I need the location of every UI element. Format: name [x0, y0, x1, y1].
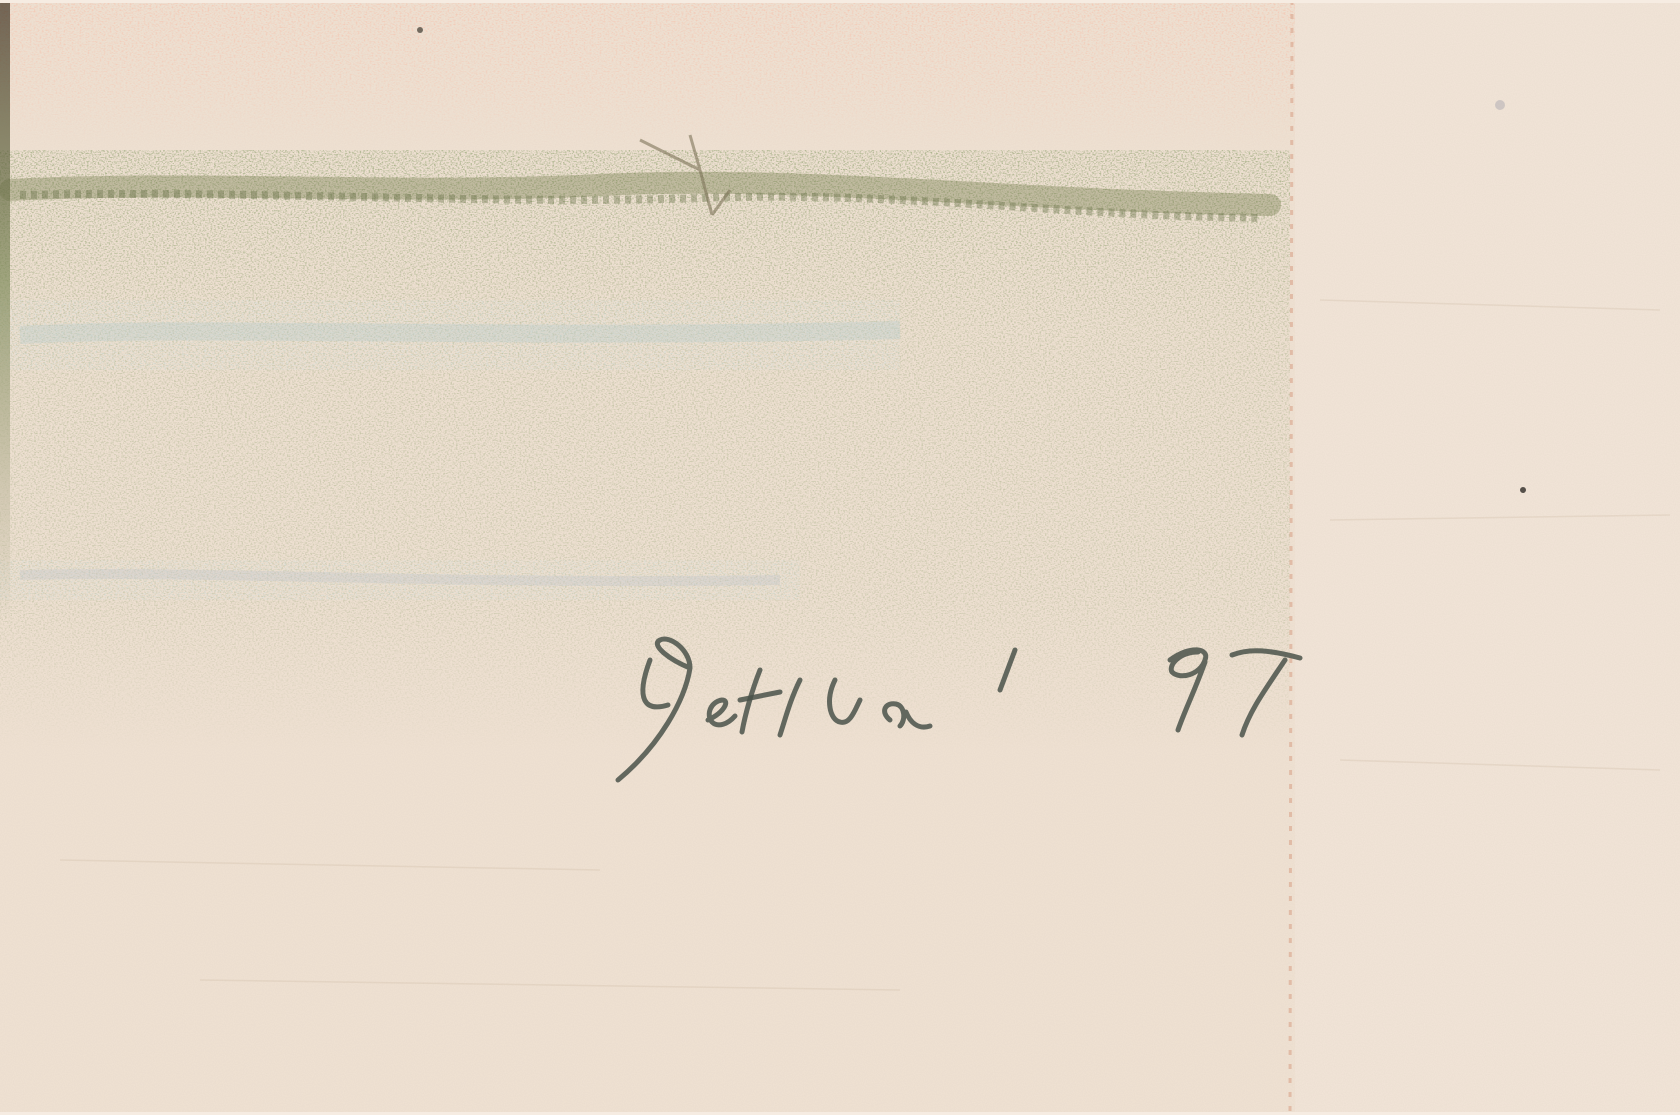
artist-signature: Jettsa	[650, 632, 941, 739]
photo-border-top	[0, 0, 1680, 3]
artwork-photo: Jettsa '97	[0, 0, 1680, 1115]
signature-strokes	[0, 0, 1680, 1115]
signature-date: '97	[1110, 622, 1252, 729]
signature-area: Jettsa '97	[640, 610, 1360, 810]
